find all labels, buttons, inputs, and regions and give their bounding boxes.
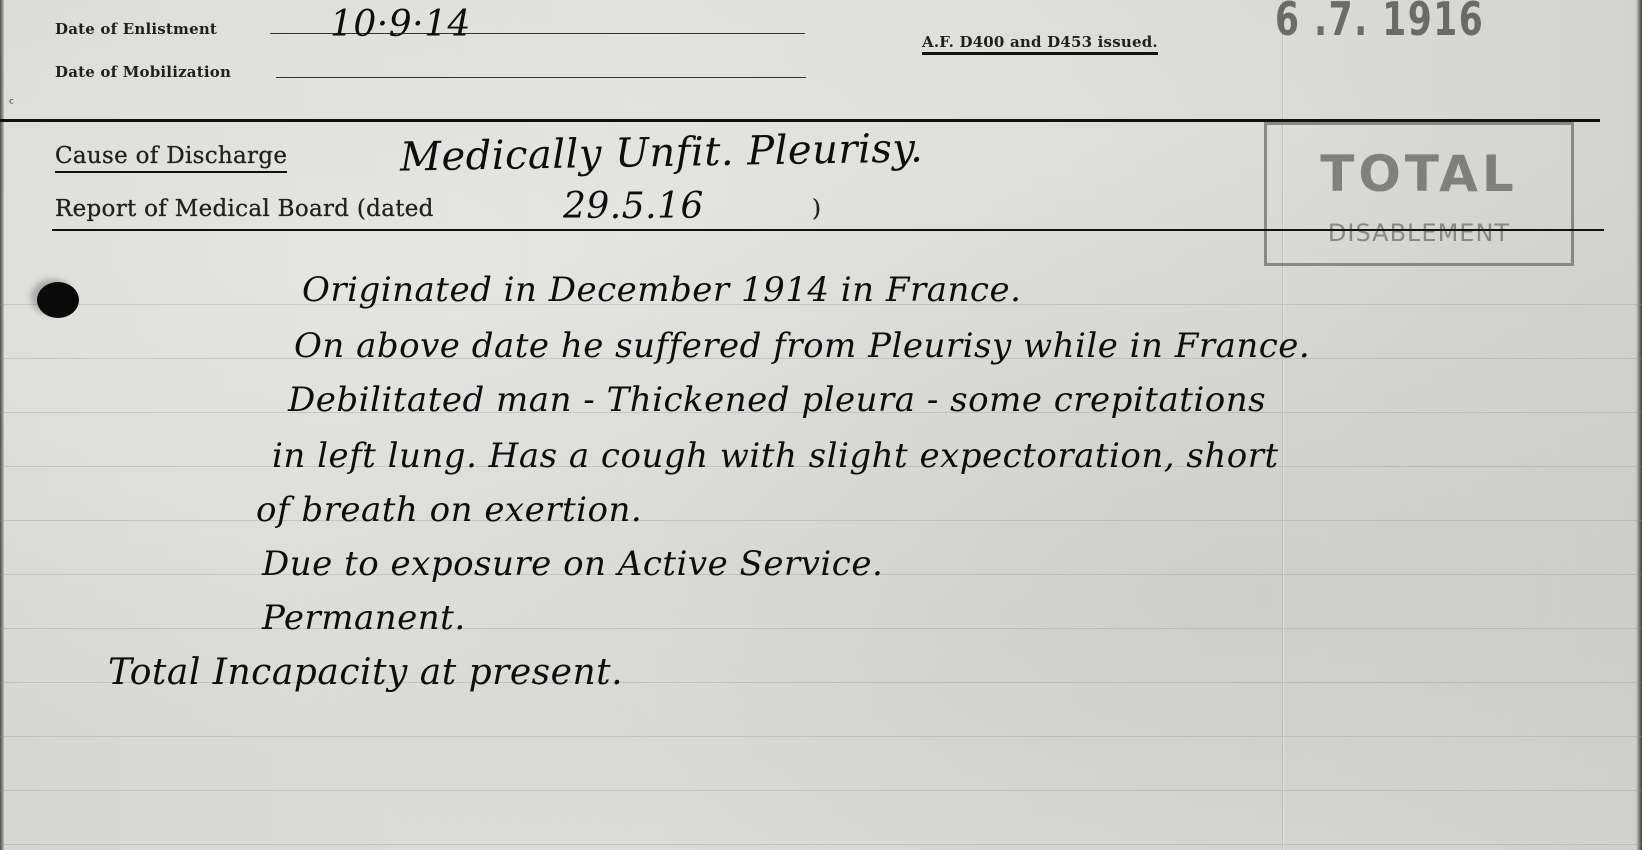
ruled-line bbox=[0, 520, 1642, 521]
issued-date-stamp: 6 .7. 1916 bbox=[1275, 0, 1484, 46]
cause-of-discharge-value: Medically Unfit. Pleurisy. bbox=[400, 125, 924, 180]
enlistment-label: Date of Enlistment bbox=[55, 20, 217, 38]
report-line: Due to exposure on Active Service. bbox=[262, 544, 883, 584]
report-line: in left lung. Has a cough with slight ex… bbox=[272, 436, 1279, 476]
paper-left-edge bbox=[0, 0, 4, 850]
mobilization-label: Date of Mobilization bbox=[55, 63, 231, 81]
ruled-line bbox=[0, 844, 1642, 845]
report-line: Originated in December 1914 in France. bbox=[302, 270, 1021, 310]
punch-hole bbox=[37, 282, 79, 318]
report-line: On above date he suffered from Pleurisy … bbox=[294, 326, 1310, 366]
ruled-line bbox=[0, 736, 1642, 737]
stamp-text-disablement: DISABLEMENT bbox=[1267, 219, 1571, 247]
medical-board-label: Report of Medical Board (dated bbox=[55, 196, 434, 222]
medical-board-close-paren: ) bbox=[812, 196, 821, 222]
ruled-line bbox=[0, 628, 1642, 629]
af-forms-issued-label: A.F. D400 and D453 issued. bbox=[922, 33, 1158, 55]
total-disablement-stamp: TOTAL DISABLEMENT bbox=[1264, 122, 1574, 266]
margin-mark: ᶜ bbox=[9, 96, 14, 112]
discharge-record-page: ᶜ Date of Enlistment 10·9·14 Date of Mob… bbox=[0, 0, 1642, 850]
cause-of-discharge-label: Cause of Discharge bbox=[55, 143, 287, 173]
report-line: Total Incapacity at present. bbox=[108, 652, 623, 693]
report-line: of breath on exertion. bbox=[256, 490, 642, 530]
report-line: Debilitated man - Thickened pleura - som… bbox=[288, 380, 1266, 420]
mobilization-fill-line bbox=[276, 77, 806, 78]
medical-board-date: 29.5.16 bbox=[563, 186, 704, 227]
stamp-text-total: TOTAL bbox=[1267, 145, 1571, 203]
enlistment-value: 10·9·14 bbox=[330, 4, 471, 45]
ruled-line bbox=[0, 790, 1642, 791]
report-line: Permanent. bbox=[262, 598, 466, 638]
paper-right-edge bbox=[1636, 0, 1642, 850]
section-divider-bottom bbox=[52, 229, 1604, 231]
